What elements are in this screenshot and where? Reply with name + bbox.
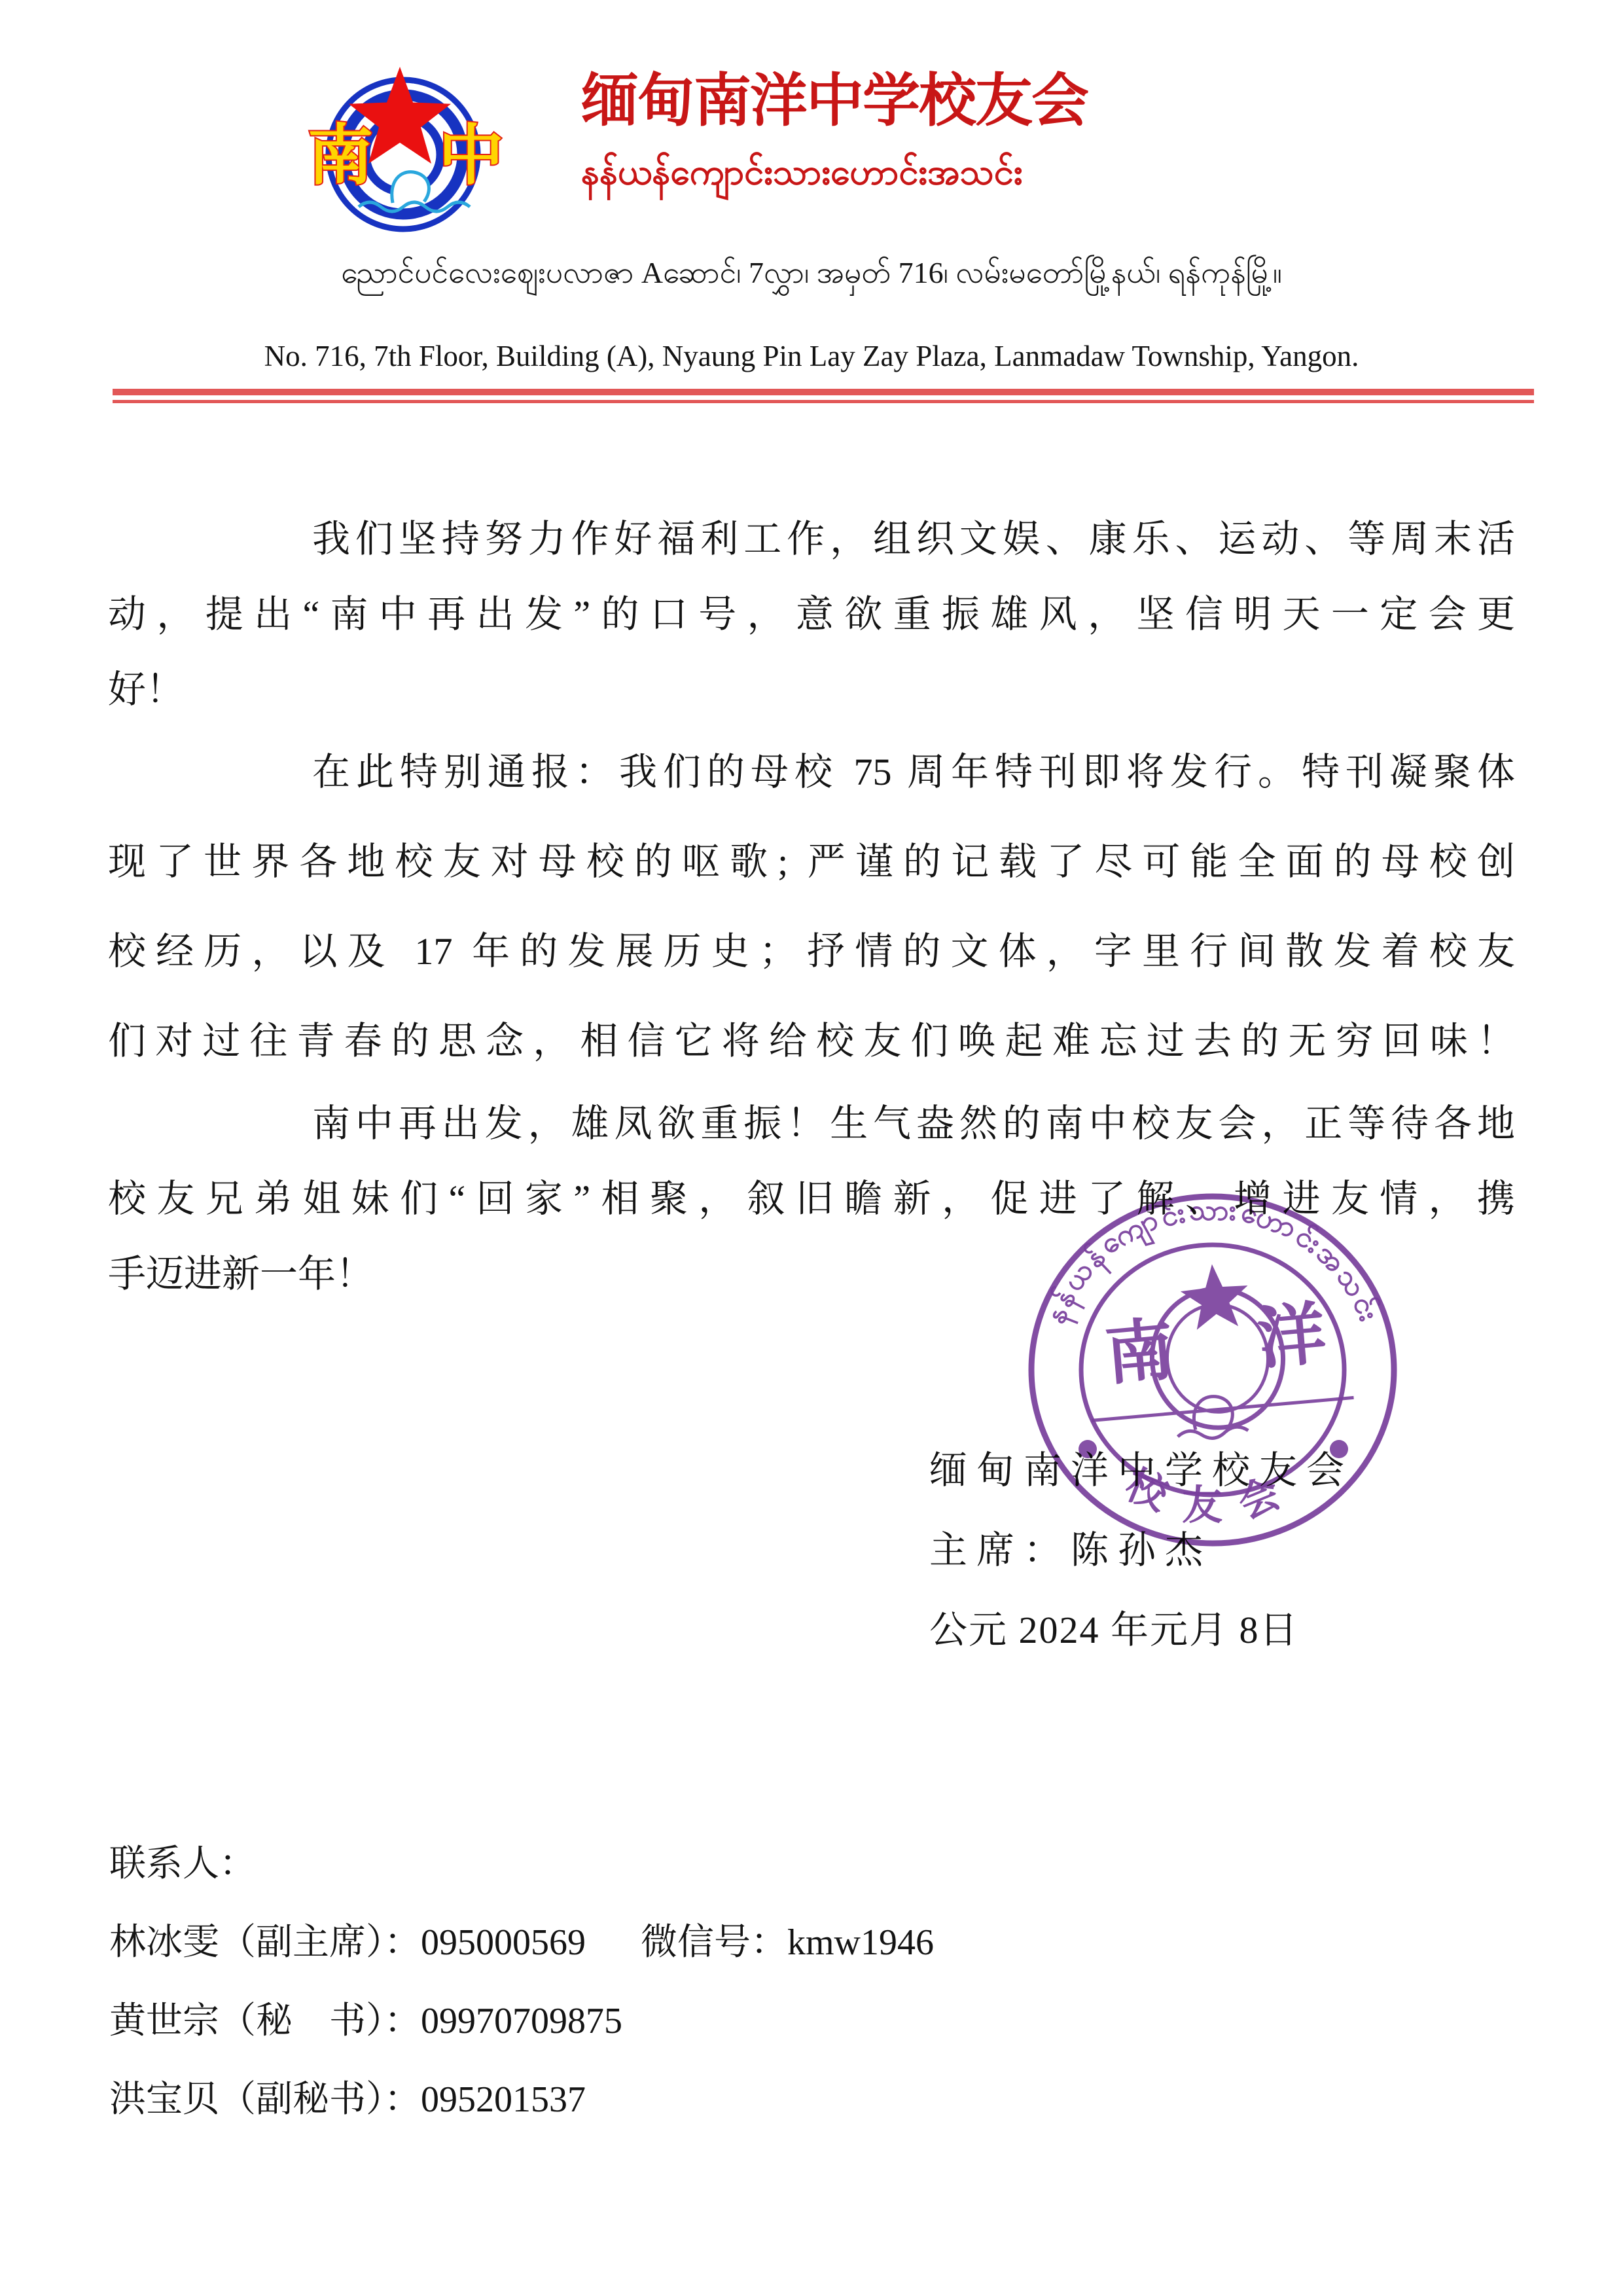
letter-line: 好！: [108, 652, 1515, 727]
letter-line: 校经历，以及 17 年的发展历史；抒情的文体，字里行间散发着校友: [108, 906, 1515, 996]
divider-thin-line: [113, 400, 1534, 403]
contact-row: 洪宝贝（副秘书）：095201537: [109, 2060, 1418, 2139]
stamp-wave-icon: [1090, 1384, 1356, 1448]
letter-line: 南中再出发，雄凤欲重振！生气盎然的南中校友会，正等待各地: [108, 1086, 1515, 1161]
stamp-left-dot-icon: [1079, 1440, 1097, 1458]
letter-line: 动，提出“南中再出发”的口号，意欲重振雄风，坚信明天一定会更: [108, 577, 1515, 652]
contact-row: 黄世宗（秘 书）：09970709875: [109, 1982, 1418, 2060]
contact-name-role: 林冰雯（副主席）：: [109, 1922, 421, 1963]
address-burmese: ညောင်ပင်လေးဈေးပလာဇာ Aဆောင်၊ 7လွှာ၊ အမှတ်…: [0, 254, 1623, 298]
letter-line: 在此特别通报：我们的母校 75 周年特刊即将发行。特刊凝聚体: [108, 727, 1515, 817]
letter-line: 现了世界各地校友对母校的呕歌; 严谨的记载了尽可能全面的母校创: [108, 817, 1515, 906]
school-crest-logo: 南 中: [293, 55, 516, 236]
contact-phone: 09970709875: [421, 2001, 622, 2041]
svg-text:校友会: 校友会: [1120, 1462, 1308, 1528]
letter-page: { "letterhead": { "logo": { "left_char":…: [0, 0, 1623, 2296]
association-stamp: နန်ယန်ကျောင်းသားဟောင်းအသင်း 校友会 南 洋: [1025, 1191, 1400, 1550]
contact-phone: 095201537: [421, 2079, 586, 2120]
letterhead-divider: [113, 389, 1534, 403]
logo-right-char: 中: [438, 119, 504, 192]
contact-extra-label: 微信号：: [641, 1922, 787, 1963]
stamp-center-right-char: 洋: [1255, 1296, 1329, 1378]
org-name-chinese: 缅甸南洋中学校友会: [581, 65, 1301, 136]
divider-thick-line: [113, 389, 1534, 395]
letter-body: 我们坚持努力作好福利工作，组织文娱、康乐、运动、等周末活 动，提出“南中再出发”…: [108, 501, 1515, 1312]
contact-name-role: 洪宝贝（副秘书）：: [109, 2079, 421, 2120]
contact-row: 林冰雯（副主席）：095000569微信号：kmw1946: [109, 1903, 1418, 1982]
contact-phone: 095000569: [421, 1922, 586, 1963]
stamp-right-dot-icon: [1330, 1440, 1348, 1458]
contact-name-role: 黄世宗（秘 书）：: [109, 2001, 421, 2041]
signature-date-line: 公元 2024 年元月 8日: [929, 1590, 1353, 1670]
stamp-center-left-char: 南: [1102, 1312, 1177, 1393]
stamp-bottom-text: 校友会: [1120, 1462, 1308, 1528]
letterhead-titles: 缅甸南洋中学校友会 နန်ယန်ကျောင်းသားဟောင်းအသင်း: [581, 65, 1301, 200]
paragraph-2: 在此特别通报：我们的母校 75 周年特刊即将发行。特刊凝聚体 现了世界各地校友对…: [108, 727, 1515, 1086]
letter-line: 我们坚持努力作好福利工作，组织文娱、康乐、运动、等周末活: [108, 501, 1515, 577]
contact-extra-value: kmw1946: [787, 1922, 934, 1963]
logo-left-char: 南: [308, 119, 373, 192]
contacts-heading: 联系人：: [109, 1825, 1418, 1903]
address-english: No. 716, 7th Floor, Building (A), Nyaung…: [0, 339, 1623, 373]
letter-line: 们对过往青春的思念，相信它将给校友们唤起难忘过去的无穷回味！: [108, 996, 1515, 1086]
org-name-burmese: နန်ယန်ကျောင်းသားဟောင်းအသင်း: [581, 144, 1301, 200]
contacts-block: 联系人： 林冰雯（副主席）：095000569微信号：kmw1946 黄世宗（秘…: [109, 1825, 1418, 2139]
stamp-star-icon: [1179, 1261, 1251, 1331]
paragraph-1: 我们坚持努力作好福利工作，组织文娱、康乐、运动、等周末活 动，提出“南中再出发”…: [108, 501, 1515, 727]
